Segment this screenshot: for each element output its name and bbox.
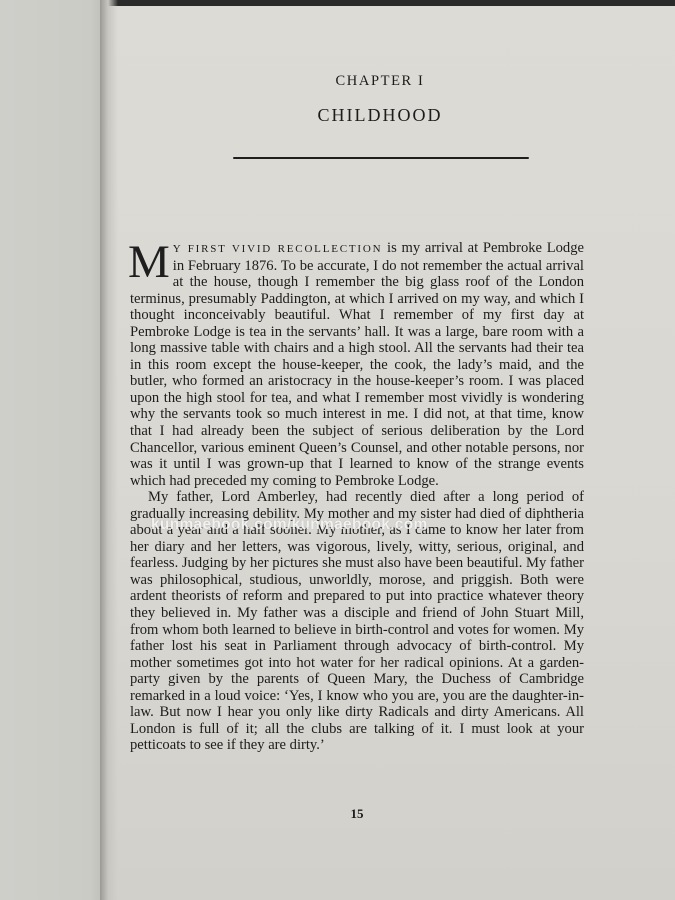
facing-page-left (0, 0, 106, 900)
book-page: CHAPTER I CHILDHOOD MY FIRST VIVID RECOL… (106, 6, 675, 900)
chapter-title: CHILDHOOD (130, 105, 630, 126)
paragraph-1-text: is my arrival at Pembroke Lodge in Febru… (130, 240, 584, 489)
page-number: 15 (130, 806, 584, 822)
book-gutter-shadow (100, 0, 118, 900)
paragraph-2: My father, Lord Amberley, had recently d… (130, 489, 584, 754)
drop-cap: M (128, 244, 170, 280)
opening-smallcaps: Y FIRST VIVID RECOLLECTION (173, 243, 383, 255)
chapter-rule-divider (233, 157, 529, 159)
paragraph-1: MY FIRST VIVID RECOLLECTION is my arriva… (130, 240, 584, 489)
chapter-label: CHAPTER I (130, 73, 630, 90)
body-text: MY FIRST VIVID RECOLLECTION is my arriva… (130, 240, 584, 754)
